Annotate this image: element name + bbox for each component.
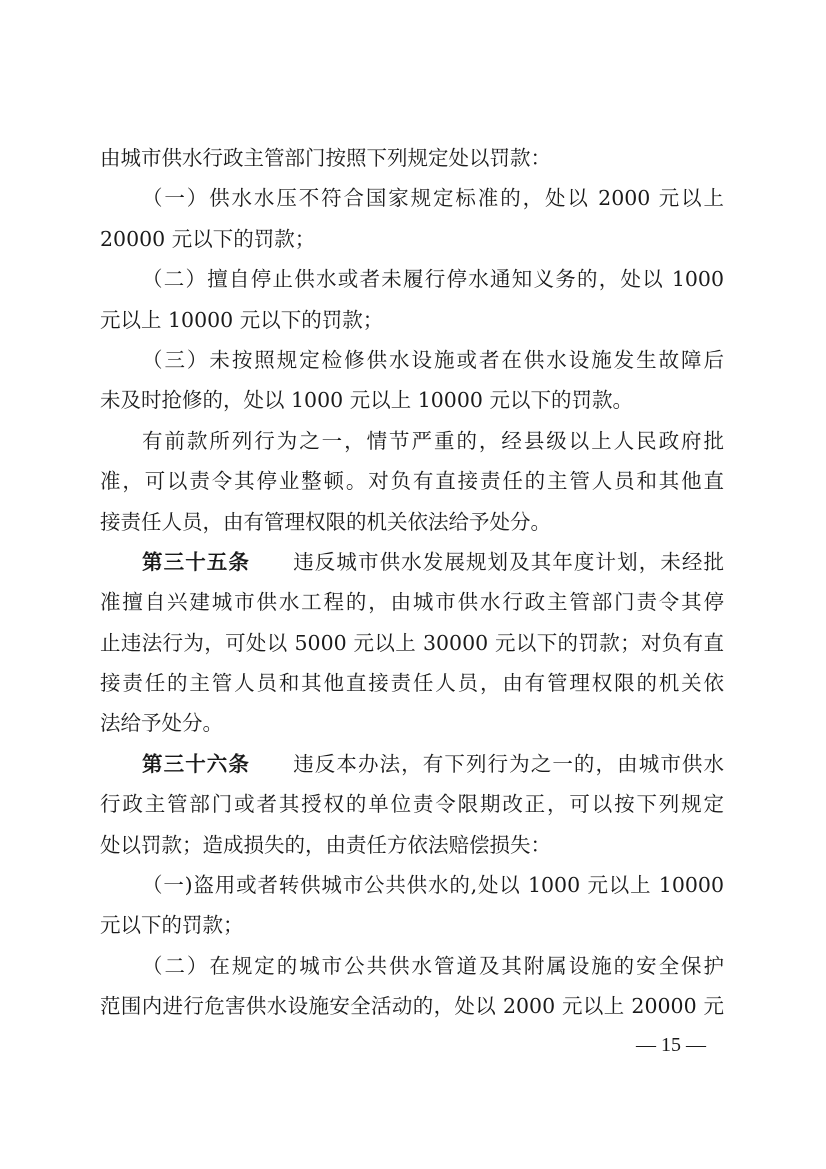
text-line: 接责任人员，由有管理权限的机关依法给予处分。 [100, 502, 724, 542]
text-line: 元以上 10000 元以下的罚款； [100, 300, 724, 340]
text-line: 元以下的罚款； [100, 905, 724, 945]
article-36-first-line: 第三十六条 违反本办法，有下列行为之一的，由城市供水 [100, 744, 724, 784]
text-line: 准，可以责令其停业整顿。对负有直接责任的主管人员和其他直 [100, 461, 724, 501]
text-line: （三）未按照规定检修供水设施或者在供水设施发生故障后 [100, 340, 724, 380]
text-line: 范围内进行危害供水设施安全活动的，处以 2000 元以上 20000 元 [100, 986, 724, 1026]
text-line: 未及时抢修的，处以 1000 元以上 10000 元以下的罚款。 [100, 380, 724, 420]
text-line: 行政主管部门或者其授权的单位责令限期改正，可以按下列规定 [100, 784, 724, 824]
article-36-text: 违反本办法，有下列行为之一的，由城市供水 [293, 752, 724, 776]
text-line: 接责任的主管人员和其他直接责任人员，由有管理权限的机关依 [100, 663, 724, 703]
text-line: 有前款所列行为之一，情节严重的，经县级以上人民政府批 [100, 421, 724, 461]
text-line: 准擅自兴建城市供水工程的，由城市供水行政主管部门责令其停 [100, 582, 724, 622]
article-heading-35: 第三十五条 [142, 550, 250, 574]
text-line: 法给予处分。 [100, 703, 724, 743]
text-line: 由城市供水行政主管部门按照下列规定处以罚款： [100, 138, 724, 178]
text-line: （二）在规定的城市公共供水管道及其附属设施的安全保护 [100, 946, 724, 986]
text-line: 处以罚款；造成损失的，由责任方依法赔偿损失： [100, 825, 724, 865]
page-number: — 15 — [636, 1034, 706, 1057]
article-35-text: 违反城市供水发展规划及其年度计划，未经批 [293, 550, 724, 574]
text-line: 20000 元以下的罚款； [100, 219, 724, 259]
text-line: （一)盗用或者转供城市公共供水的,处以 1000 元以上 10000 [100, 865, 724, 905]
document-page: 由城市供水行政主管部门按照下列规定处以罚款： （一）供水水压不符合国家规定标准的… [100, 138, 724, 1027]
text-line: （一）供水水压不符合国家规定标准的，处以 2000 元以上 [100, 178, 724, 218]
text-line: 止违法行为，可处以 5000 元以上 30000 元以下的罚款；对负有直 [100, 623, 724, 663]
article-35-first-line: 第三十五条 违反城市供水发展规划及其年度计划，未经批 [100, 542, 724, 582]
article-heading-36: 第三十六条 [142, 752, 250, 776]
text-line: （二）擅自停止供水或者未履行停水通知义务的，处以 1000 [100, 259, 724, 299]
